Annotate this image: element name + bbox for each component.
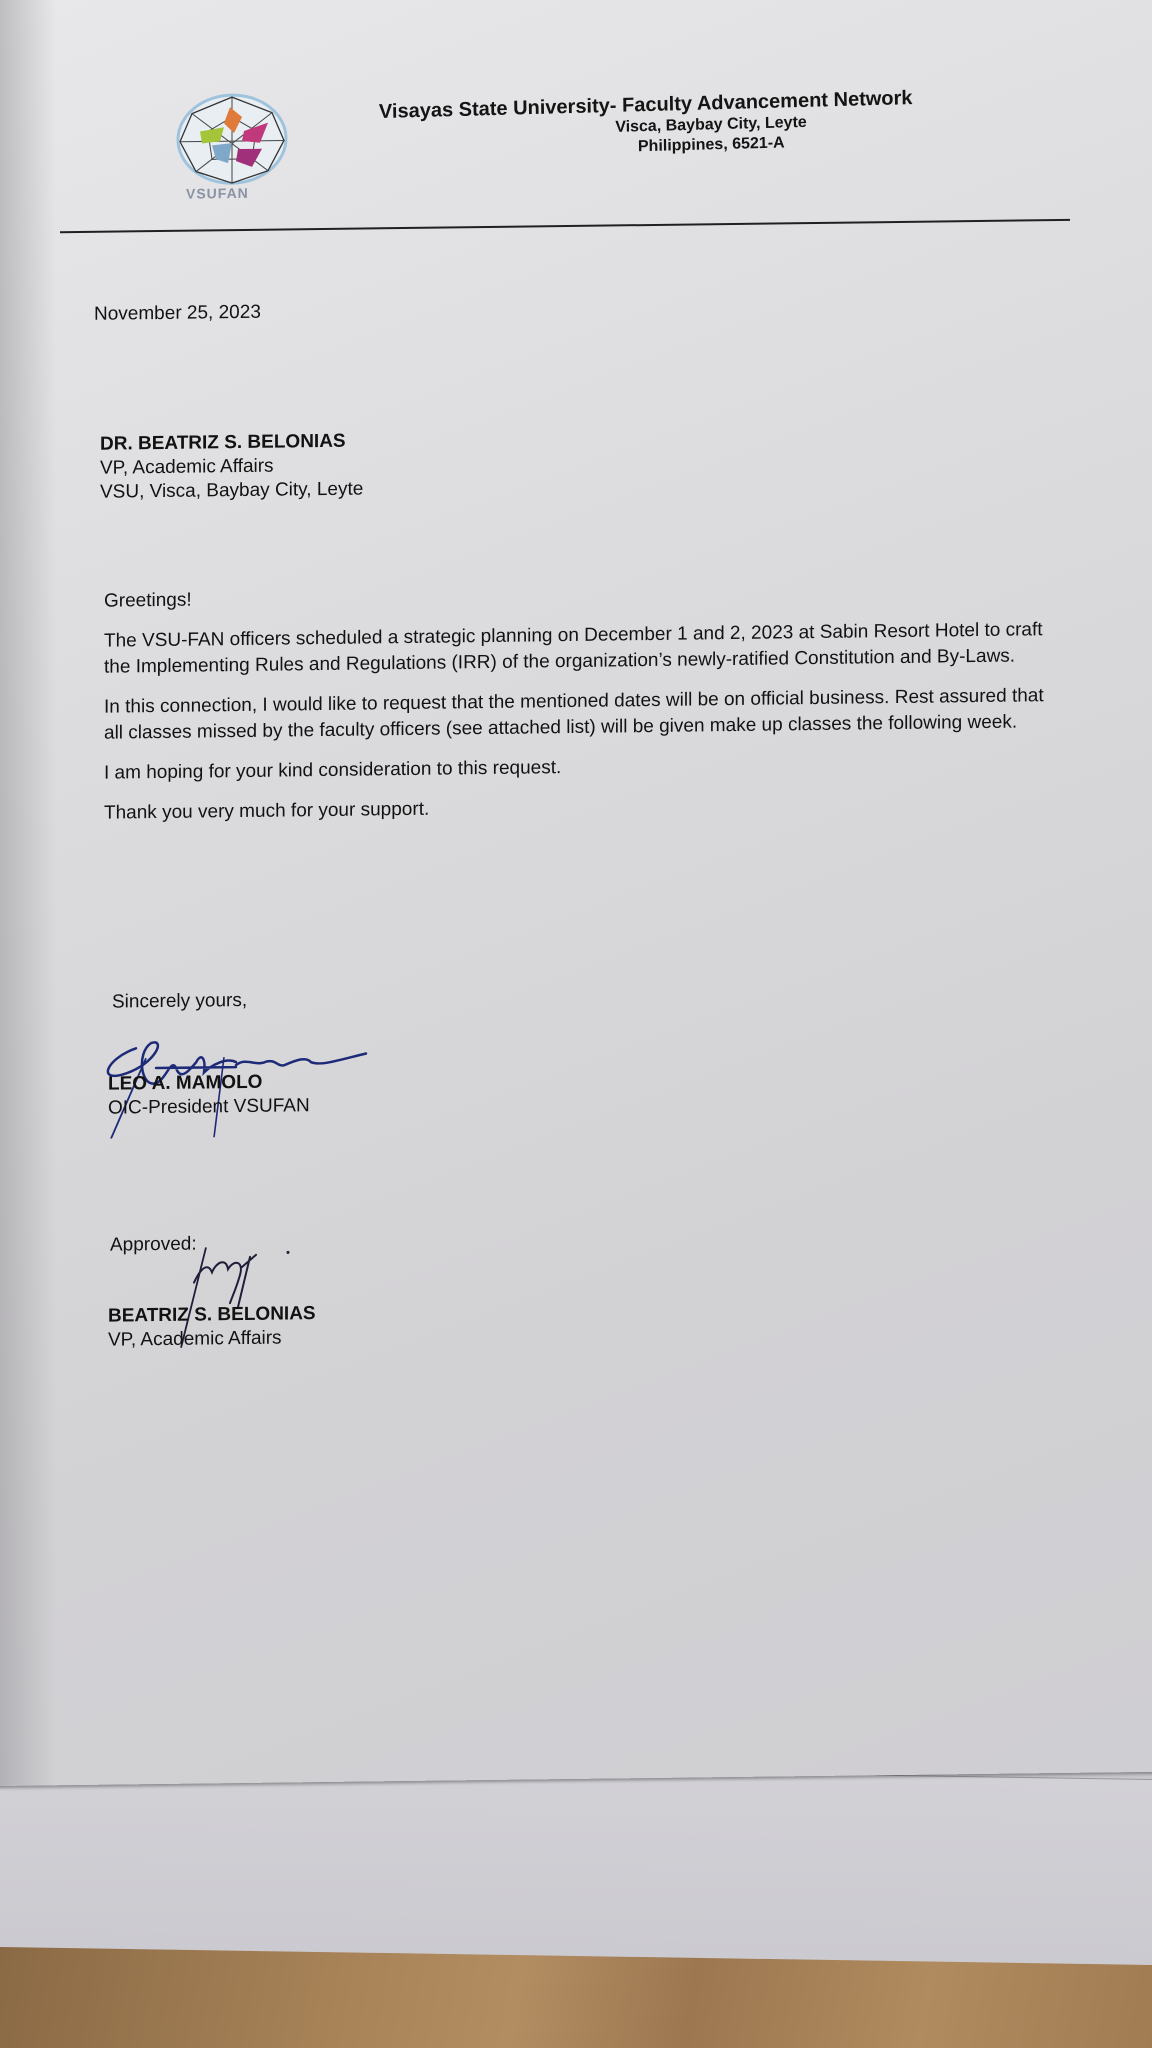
- approver-title: VP, Academic Affairs: [108, 1326, 316, 1353]
- letter-page: VSUFAN Visayas State University- Faculty…: [0, 0, 1152, 1786]
- body-paragraph: In this connection, I would like to requ…: [104, 683, 1044, 746]
- recipient-title: VP, Academic Affairs: [100, 454, 363, 481]
- organization-block: Visayas State University- Faculty Advanc…: [326, 86, 967, 166]
- signatory-title: OIC-President VSUFAN: [108, 1094, 310, 1120]
- underlying-sheet: [0, 1761, 1152, 1965]
- body-paragraph: Thank you very much for your support.: [104, 789, 1044, 826]
- recipient-name: DR. BEATRIZ S. BELONIAS: [100, 430, 363, 457]
- approver-block: BEATRIZ S. BELONIAS VP, Academic Affairs: [108, 1302, 316, 1353]
- recipient-address: VSU, Visca, Baybay City, Leyte: [100, 478, 363, 505]
- greeting: Greetings!: [104, 577, 1044, 614]
- body-paragraph: I am hoping for your kind consideration …: [104, 749, 1044, 786]
- header-divider: [60, 219, 1070, 233]
- logo-text: VSUFAN: [186, 185, 249, 202]
- letterhead: VSUFAN Visayas State University- Faculty…: [0, 0, 1152, 240]
- letter-body: Greetings! The VSU-FAN officers schedule…: [104, 577, 1044, 840]
- closing: Sincerely yours,: [112, 989, 247, 1015]
- signatory-name: LEO A. MAMOLO: [108, 1070, 310, 1096]
- signatory-block: LEO A. MAMOLO OIC-President VSUFAN: [108, 1070, 310, 1120]
- page-shadow: [0, 0, 56, 1786]
- letter-date: November 25, 2023: [94, 301, 261, 327]
- body-paragraph: The VSU-FAN officers scheduled a strateg…: [104, 617, 1044, 680]
- recipient-block: DR. BEATRIZ S. BELONIAS VP, Academic Aff…: [100, 430, 363, 505]
- approver-name: BEATRIZ S. BELONIAS: [108, 1302, 316, 1329]
